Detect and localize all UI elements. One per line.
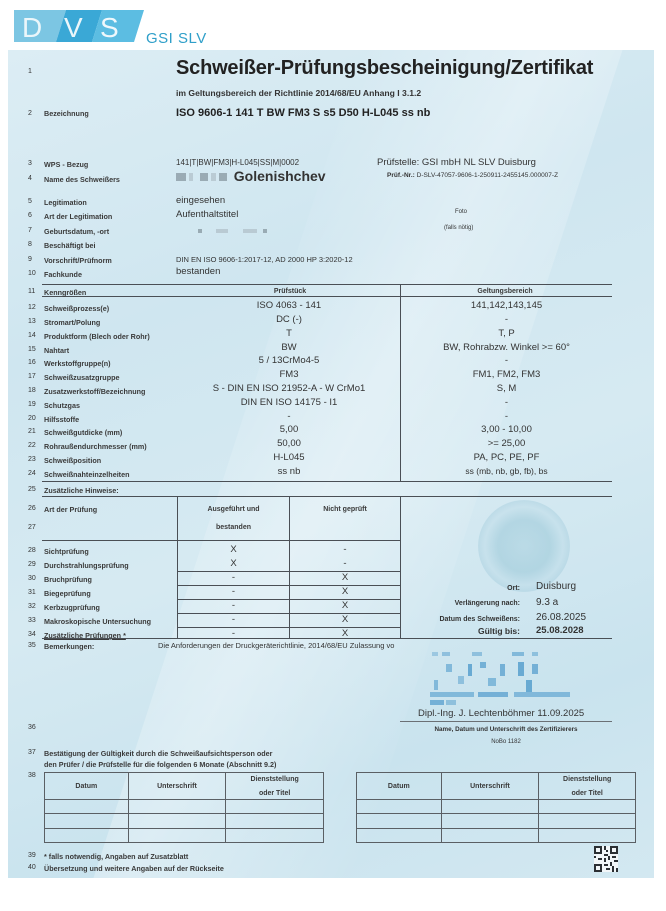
signature-cell[interactable] [441, 814, 539, 828]
weld-date-value: 26.08.2025 [536, 612, 586, 623]
date-cell[interactable] [357, 800, 442, 814]
parameter-label: Schweißnahteinzelheiten [44, 470, 129, 479]
certifier-caption: Name, Datum und Unterschrift des Zertifi… [400, 726, 612, 733]
field-number: 27 [28, 524, 42, 531]
redacted-block [200, 173, 208, 181]
confirmation-text: den Prüfer / die Prüfstelle für die folg… [44, 760, 276, 769]
field-number: 23 [28, 456, 42, 463]
test-done-mark: - [178, 572, 289, 583]
remarks-label: Bemerkungen: [44, 642, 94, 651]
test-done-mark: X [178, 558, 289, 569]
field-number: 25 [28, 486, 42, 493]
position-cell[interactable] [226, 800, 324, 814]
signature-cell[interactable] [128, 828, 226, 842]
parameter-test-piece: H-L045 [178, 452, 400, 463]
divider [42, 284, 612, 285]
parameter-range: >= 25,00 [401, 438, 612, 449]
page-subtitle: im Geltungsbereich der Richtlinie 2014/6… [176, 88, 421, 98]
parameter-test-piece: S - DIN EN ISO 21952-A - W CrMo1 [178, 383, 400, 394]
field-number: 14 [28, 332, 42, 339]
legitimation-type-value: Aufenthaltstitel [176, 209, 238, 220]
date-cell[interactable] [45, 828, 129, 842]
field-number: 18 [28, 387, 42, 394]
divider [42, 496, 612, 497]
divider [42, 540, 400, 541]
date-cell[interactable] [357, 828, 442, 842]
column-header-signature: Unterschrift [128, 773, 226, 800]
signature-cell[interactable] [128, 814, 226, 828]
test-type-label: Kerbzugprüfung [44, 603, 100, 612]
column-header-signature: Unterschrift [441, 773, 539, 800]
redacted-block [176, 173, 186, 181]
test-number-value: D-SLV-47057-9606-1-250911-2455145.000007… [417, 172, 558, 179]
signature-redacted [428, 650, 578, 708]
place-value: Duisburg [536, 581, 576, 592]
field-number: 33 [28, 617, 42, 624]
parameter-label: Schutzgas [44, 401, 80, 410]
redacted-block [216, 229, 228, 233]
test-not-done-mark: - [290, 558, 400, 569]
field-number: 6 [28, 212, 42, 219]
parameter-test-piece: FM3 [178, 369, 400, 380]
official-stamp [478, 500, 570, 592]
field-number: 4 [28, 175, 42, 182]
tests-header-done: bestanden [178, 524, 289, 531]
standard-value: DIN EN ISO 9606-1:2017-12, AD 2000 HP 3:… [176, 255, 353, 264]
test-number-label: Prüf.-Nr.: [387, 172, 415, 179]
position-cell[interactable] [539, 814, 636, 828]
parameter-label: Hilfsstoffe [44, 415, 79, 424]
field-number: 21 [28, 428, 42, 435]
welder-name-value: Golenishchev [176, 168, 326, 184]
date-cell[interactable] [357, 814, 442, 828]
wps-label: WPS - Bezug [44, 160, 88, 169]
divider [42, 481, 612, 482]
signature-cell[interactable] [441, 828, 539, 842]
field-number: 30 [28, 575, 42, 582]
test-done-mark: - [178, 600, 289, 611]
test-not-done-mark: X [290, 586, 400, 597]
parameter-label: Schweißgutdicke (mm) [44, 428, 122, 437]
employer-label: Beschäftigt bei [44, 241, 96, 250]
tests-header-not-tested: Nicht geprüft [290, 506, 400, 513]
birth-label: Geburtsdatum, -ort [44, 227, 109, 236]
parameter-range: ss (mb, nb, gb, fb), bs [401, 466, 612, 476]
signature-line [400, 721, 612, 722]
parameter-range: 141,142,143,145 [401, 300, 612, 311]
svg-text:V: V [64, 12, 83, 43]
footnote: * falls notwendig, Angaben auf Zusatzbla… [44, 852, 188, 861]
parameter-test-piece: DIN EN ISO 14175 - I1 [178, 397, 400, 408]
parameter-label: Schweißprozess(e) [44, 304, 109, 313]
dvs-logo: D V S [14, 8, 144, 44]
photo-note: (falls nötig) [444, 225, 473, 231]
weld-date-label: Datum des Schweißens: [400, 616, 520, 623]
gsi-slv-wordmark: GSI SLV [146, 30, 207, 47]
field-number: 34 [28, 631, 42, 638]
params-header-label: Kenngrößen [44, 288, 86, 297]
photo-label: Foto [455, 209, 467, 215]
standard-label: Vorschrift/Prüfnorm [44, 256, 112, 265]
position-cell[interactable] [226, 828, 324, 842]
date-cell[interactable] [45, 800, 129, 814]
parameter-range: S, M [401, 383, 612, 394]
test-type-label: Biegeprüfung [44, 589, 91, 598]
test-type-label: Sichtprüfung [44, 547, 89, 556]
parameter-range: FM1, FM2, FM3 [401, 369, 612, 380]
svg-text:S: S [100, 12, 119, 43]
test-not-done-mark: X [290, 572, 400, 583]
extension-label: Verlängerung nach: [400, 600, 520, 607]
parameter-label: Stromart/Polung [44, 318, 100, 327]
redacted-block [211, 173, 216, 181]
column-header-date: Datum [45, 773, 129, 800]
parameter-label: Schweißzusatzgruppe [44, 373, 119, 382]
position-line1: Dienststellung [251, 776, 299, 783]
test-type-label: Makroskopische Untersuchung [44, 617, 151, 626]
test-number: Prüf.-Nr.: D-SLV-47057-9606-1-250911-245… [387, 172, 558, 179]
tests-header-done: Ausgeführt und [178, 506, 289, 513]
field-number: 37 [28, 749, 42, 756]
wps-value: 141|T|BW|FM3|H-L045|SS|M|0002 [176, 158, 299, 167]
parameter-range: 3,00 - 10,00 [401, 424, 612, 435]
test-not-done-mark: - [290, 544, 400, 555]
parameter-range: - [401, 411, 612, 422]
birth-value-redacted [198, 226, 270, 237]
test-type-label: Durchstrahlungsprüfung [44, 561, 129, 570]
test-body-label: Prüfstelle: [377, 157, 419, 168]
parameter-test-piece: ISO 4063 - 141 [178, 300, 400, 311]
field-number: 3 [28, 160, 42, 167]
position-cell[interactable] [539, 800, 636, 814]
parameter-label: Produktform (Blech oder Rohr) [44, 332, 150, 341]
confirmation-text: Bestätigung der Gültigkeit durch die Sch… [44, 749, 272, 758]
legitimation-value: eingesehen [176, 195, 225, 206]
footnote: Übersetzung und weitere Angaben auf der … [44, 864, 224, 873]
test-type-label: Bruchprüfung [44, 575, 92, 584]
parameter-label: Werkstoffgruppe(n) [44, 359, 111, 368]
field-number: 29 [28, 561, 42, 568]
field-number: 40 [28, 864, 42, 871]
field-number: 1 [28, 68, 42, 75]
parameter-test-piece: BW [178, 342, 400, 353]
field-number: 5 [28, 198, 42, 205]
test-body: Prüfstelle: GSI mbH NL SLV Duisburg [377, 157, 536, 168]
signature-cell[interactable] [441, 800, 539, 814]
parameter-test-piece: ss nb [178, 466, 400, 477]
field-number: 39 [28, 852, 42, 859]
field-number: 12 [28, 304, 42, 311]
field-number: 31 [28, 589, 42, 596]
parameter-label: Schweißposition [44, 456, 101, 465]
params-header-test-piece: Prüfstück [230, 288, 350, 295]
field-number: 16 [28, 359, 42, 366]
extension-value: 9.3 a [536, 597, 558, 608]
welder-name-label: Name des Schweißers [44, 175, 120, 184]
qr-code[interactable] [594, 846, 618, 872]
position-line1: Dienststellung [563, 776, 611, 783]
field-number: 36 [28, 724, 42, 731]
params-header-range: Geltungsbereich [440, 288, 570, 295]
parameter-test-piece: T [178, 328, 400, 339]
parameter-test-piece: 5,00 [178, 424, 400, 435]
parameter-label: Zusatzwerkstoff/Bezeichnung [44, 387, 145, 396]
parameter-range: - [401, 355, 612, 366]
divider [42, 638, 612, 639]
parameter-test-piece: 5 / 13CrMo4-5 [178, 355, 400, 366]
field-number: 19 [28, 401, 42, 408]
field-number: 8 [28, 241, 42, 248]
field-number: 13 [28, 318, 42, 325]
confirmation-table-left: Datum Unterschrift Dienststellungoder Ti… [44, 772, 324, 843]
column-header-position: Dienststellungoder Titel [226, 773, 324, 800]
field-number: 10 [28, 270, 42, 277]
parameter-label: Nahtart [44, 346, 69, 355]
test-done-mark: X [178, 544, 289, 555]
parameter-range: T, P [401, 328, 612, 339]
tests-header-label: Art der Prüfung [44, 505, 97, 514]
redacted-block [263, 229, 267, 233]
parameter-test-piece: 50,00 [178, 438, 400, 449]
column-header-position: Dienststellungoder Titel [539, 773, 636, 800]
position-line2: oder Titel [571, 790, 602, 797]
field-number: 28 [28, 547, 42, 554]
field-number: 38 [28, 772, 42, 779]
knowledge-value: bestanden [176, 266, 220, 277]
parameter-range: PA, PC, PE, PF [401, 452, 612, 463]
parameter-test-piece: - [178, 411, 400, 422]
field-number: 7 [28, 227, 42, 234]
designation-label: Bezeichnung [44, 109, 89, 118]
valid-until-label: Gültig bis: [400, 626, 520, 636]
parameter-test-piece: DC (-) [178, 314, 400, 325]
signature-cell[interactable] [128, 800, 226, 814]
field-number: 22 [28, 442, 42, 449]
field-number: 35 [28, 642, 42, 649]
field-number: 17 [28, 373, 42, 380]
page-title: Schweißer-Prüfungsbescheinigung/Zertifik… [176, 57, 593, 80]
knowledge-label: Fachkunde [44, 270, 82, 279]
position-cell[interactable] [226, 814, 324, 828]
designation-value: ISO 9606-1 141 T BW FM3 S s5 D50 H-L045 … [176, 107, 430, 119]
redacted-block [219, 173, 227, 181]
test-done-mark: - [178, 586, 289, 597]
field-number: 15 [28, 346, 42, 353]
additional-notes-label: Zusätzliche Hinweise: [44, 486, 119, 495]
column-header-date: Datum [357, 773, 442, 800]
certifier-signed: Dipl.-Ing. J. Lechtenböhmer 11.09.2025 [418, 708, 584, 719]
field-number: 26 [28, 505, 42, 512]
remarks-text: Die Anforderungen der Druckgeräterichtli… [158, 641, 394, 650]
legitimation-type-label: Art der Legitimation [44, 212, 112, 221]
confirmation-table-right: Datum Unterschrift Dienststellungoder Ti… [356, 772, 636, 843]
valid-until-value: 25.08.2028 [536, 625, 584, 636]
field-number: 9 [28, 256, 42, 263]
date-cell[interactable] [45, 814, 129, 828]
test-not-done-mark: X [290, 600, 400, 611]
field-number: 32 [28, 603, 42, 610]
redacted-block [243, 229, 257, 233]
place-label: Ort: [400, 585, 520, 592]
notified-body-number: NoBo 1182 [400, 739, 612, 745]
redacted-block [189, 173, 193, 181]
welder-surname: Golenishchev [234, 168, 326, 184]
legitimation-label: Legitimation [44, 198, 87, 207]
svg-text:D: D [22, 12, 42, 43]
test-not-done-mark: X [290, 614, 400, 625]
field-number: 11 [28, 288, 42, 295]
parameter-range: - [401, 397, 612, 408]
field-number: 2 [28, 110, 42, 117]
position-line2: oder Titel [259, 790, 290, 797]
test-body-value: GSI mbH NL SLV Duisburg [422, 157, 536, 168]
parameter-range: BW, Rohrabzw. Winkel >= 60° [401, 342, 612, 353]
field-number: 20 [28, 415, 42, 422]
parameter-range: - [401, 314, 612, 325]
field-number: 24 [28, 470, 42, 477]
redacted-block [198, 229, 202, 233]
divider [42, 296, 612, 297]
test-done-mark: - [178, 614, 289, 625]
parameter-label: Rohraußendurchmesser (mm) [44, 442, 147, 451]
position-cell[interactable] [539, 828, 636, 842]
